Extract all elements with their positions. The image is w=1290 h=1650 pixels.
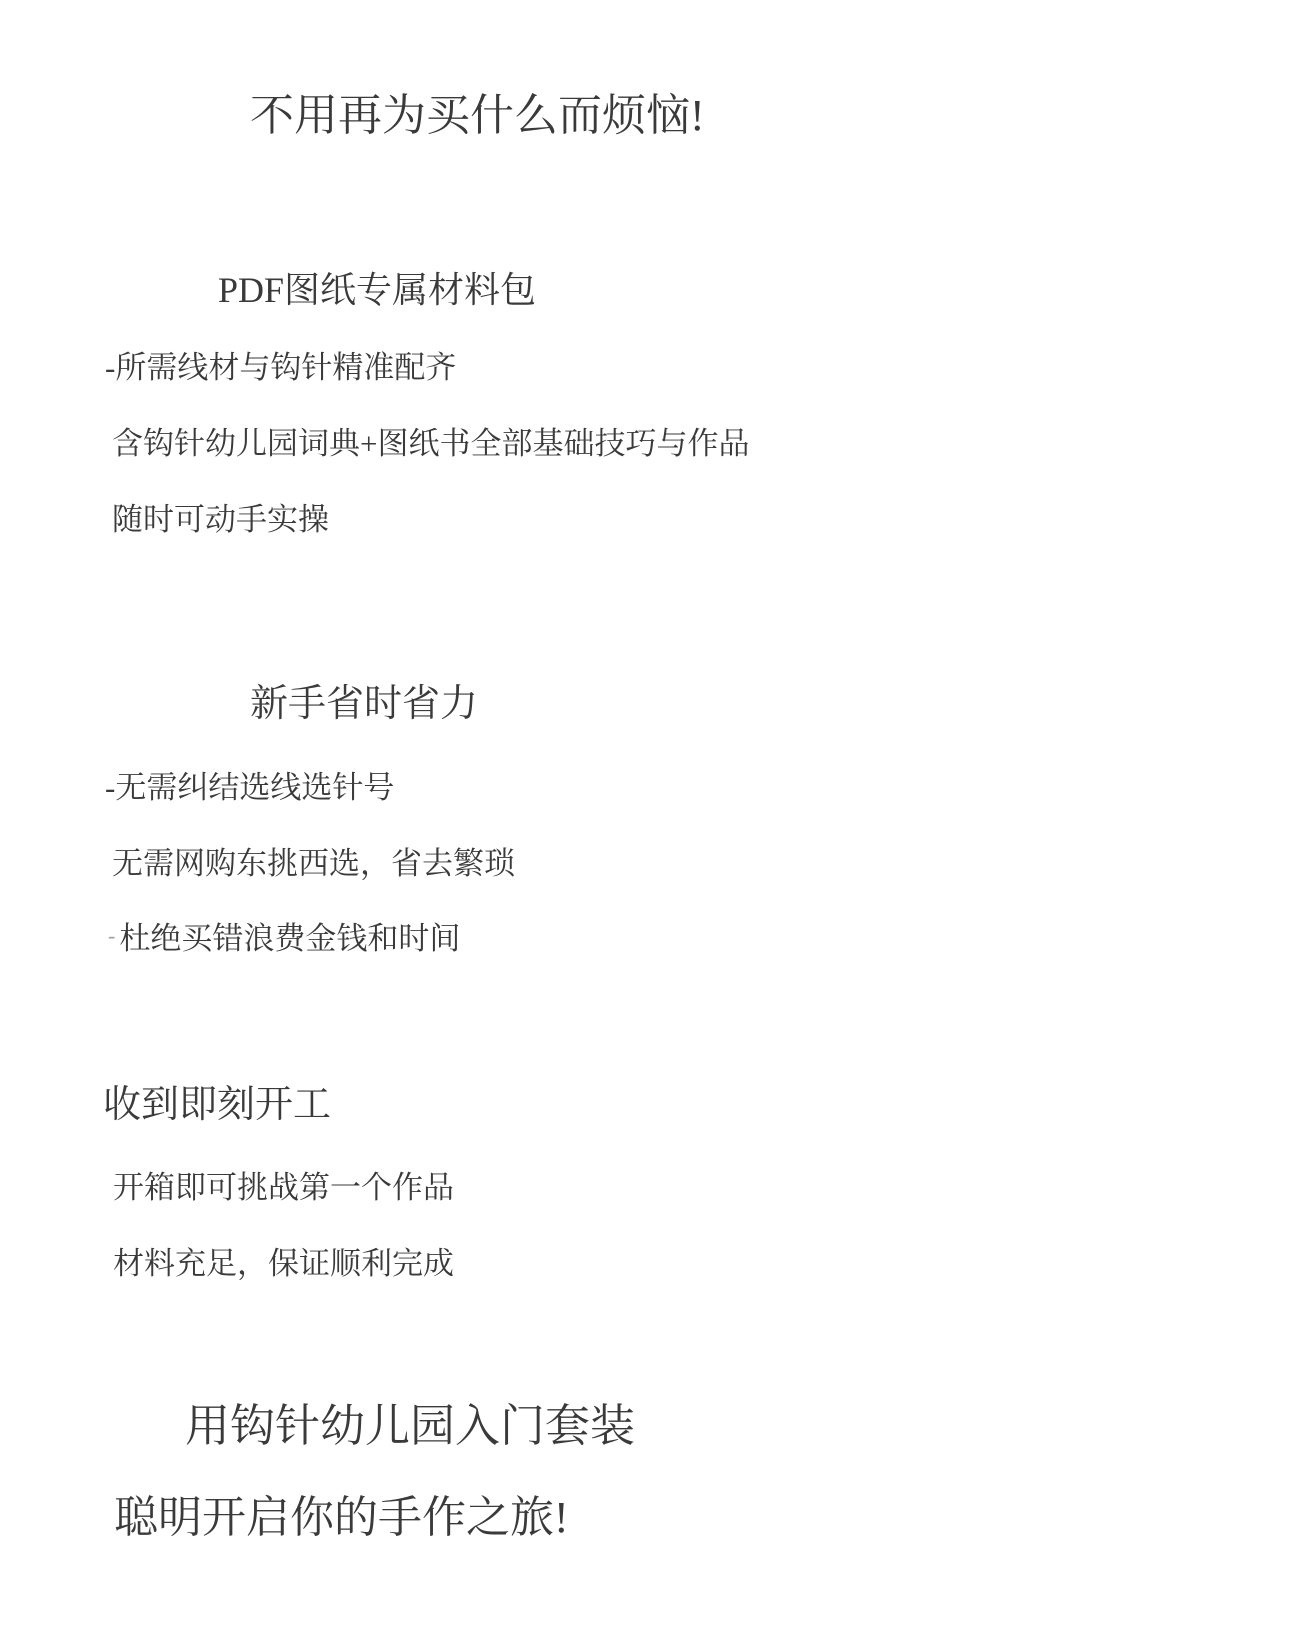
beginner-section-line: 无需网购东挑西选，省去繁琐 <box>112 848 515 879</box>
beginner-section-line: -无需纠结选线选针号 <box>105 772 394 803</box>
pdf-section-line: 含钩针幼儿园词典+图纸书全部基础技巧与作品 <box>112 428 749 459</box>
closing-line-kit: 用钩针幼儿园入门套装 <box>185 1404 635 1449</box>
section-heading-pdf-material-pack: PDF图纸专属材料包 <box>218 272 536 308</box>
section-heading-start-immediately: 收到即刻开工 <box>103 1086 331 1124</box>
page-title: 不用再为买什么而烦恼! <box>250 94 705 138</box>
start-section-line: 开箱即可挑战第一个作品 <box>113 1172 454 1203</box>
closing-line-journey: 聪明开启你的手作之旅! <box>114 1496 569 1540</box>
pdf-section-line: -所需线材与钩针精准配齐 <box>105 352 456 383</box>
start-section-line: 材料充足，保证顺利完成 <box>113 1248 454 1279</box>
beginner-section-line-text: 杜绝买错浪费金钱和时间 <box>119 921 460 956</box>
pdf-section-line: 随时可动手实操 <box>112 504 329 535</box>
document-page: 不用再为买什么而烦恼! PDF图纸专属材料包 -所需线材与钩针精准配齐 含钩针幼… <box>0 0 1290 1650</box>
beginner-section-line: -杜绝买错浪费金钱和时间 <box>108 923 460 954</box>
section-heading-beginner-saving: 新手省时省力 <box>250 685 478 723</box>
faint-dash-mark: - <box>108 923 115 948</box>
